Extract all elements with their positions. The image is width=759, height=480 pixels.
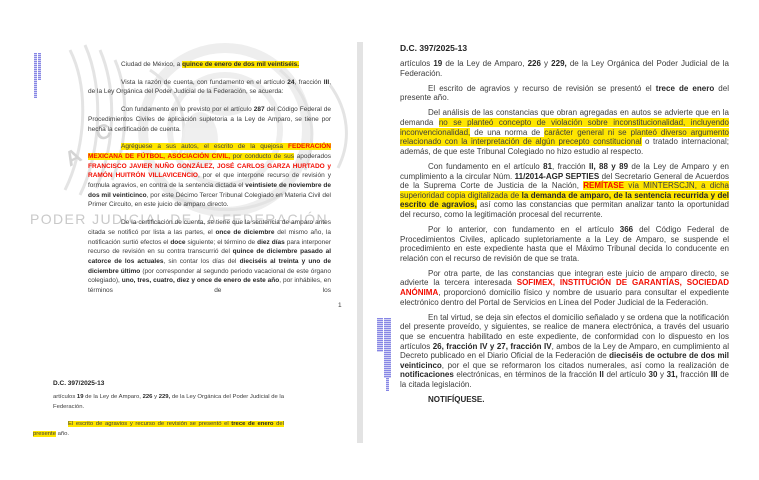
page-1: Ciudad de México, a quince de enero de d… (88, 60, 331, 304)
paragraph: artículos 19 de la Ley de Amparo, 226 y … (53, 393, 284, 412)
page-divider (357, 42, 363, 443)
paragraph: Agréguese a sus autos, el escrito de la … (88, 142, 331, 210)
document-viewer: A C PODER JUDICIAL DE LA FEDERACIÓN Ciud… (0, 0, 759, 480)
paragraph: De la certificación de cuenta, se tiene … (88, 218, 331, 296)
paragraph: El escrito de agravios y recurso de revi… (33, 420, 284, 439)
page-2: D.C. 397/2025-13 artículos 19 de la Ley … (400, 44, 729, 410)
esignature-stamp-middle (384, 318, 391, 378)
paragraph: Por lo anterior, con fundamento en el ar… (400, 225, 729, 263)
paragraph: Con fundamento en lo previsto por el art… (88, 105, 331, 134)
paragraph: artículos 19 de la Ley de Amparo, 226 y … (400, 59, 729, 78)
page-2-preview: D.C. 397/2025-13 artículos 19 de la Ley … (33, 379, 284, 439)
esignature-stamp-middle (386, 378, 389, 391)
esignature-stamp-left (38, 53, 41, 80)
page-number: 1 (338, 302, 342, 309)
paragraph: En tal virtud, se deja sin efectos el do… (400, 313, 729, 390)
esignature-stamp-middle (377, 318, 383, 352)
paragraph: Ciudad de México, a quince de enero de d… (88, 60, 331, 70)
paragraph: El escrito de agravios y recurso de revi… (400, 84, 729, 103)
paragraph: Por otra parte, de las constancias que i… (400, 269, 729, 307)
paragraph: Vista la razón de cuenta, con fundamento… (88, 78, 331, 97)
paragraph: Del análisis de las constancias que obra… (400, 108, 729, 156)
case-number-heading: D.C. 397/2025-13 (53, 379, 284, 388)
notifiquese-closing: NOTIFÍQUESE. (400, 395, 729, 405)
case-number-heading: D.C. 397/2025-13 (400, 44, 729, 54)
paragraph: Con fundamento en el artículo 81, fracci… (400, 162, 729, 220)
